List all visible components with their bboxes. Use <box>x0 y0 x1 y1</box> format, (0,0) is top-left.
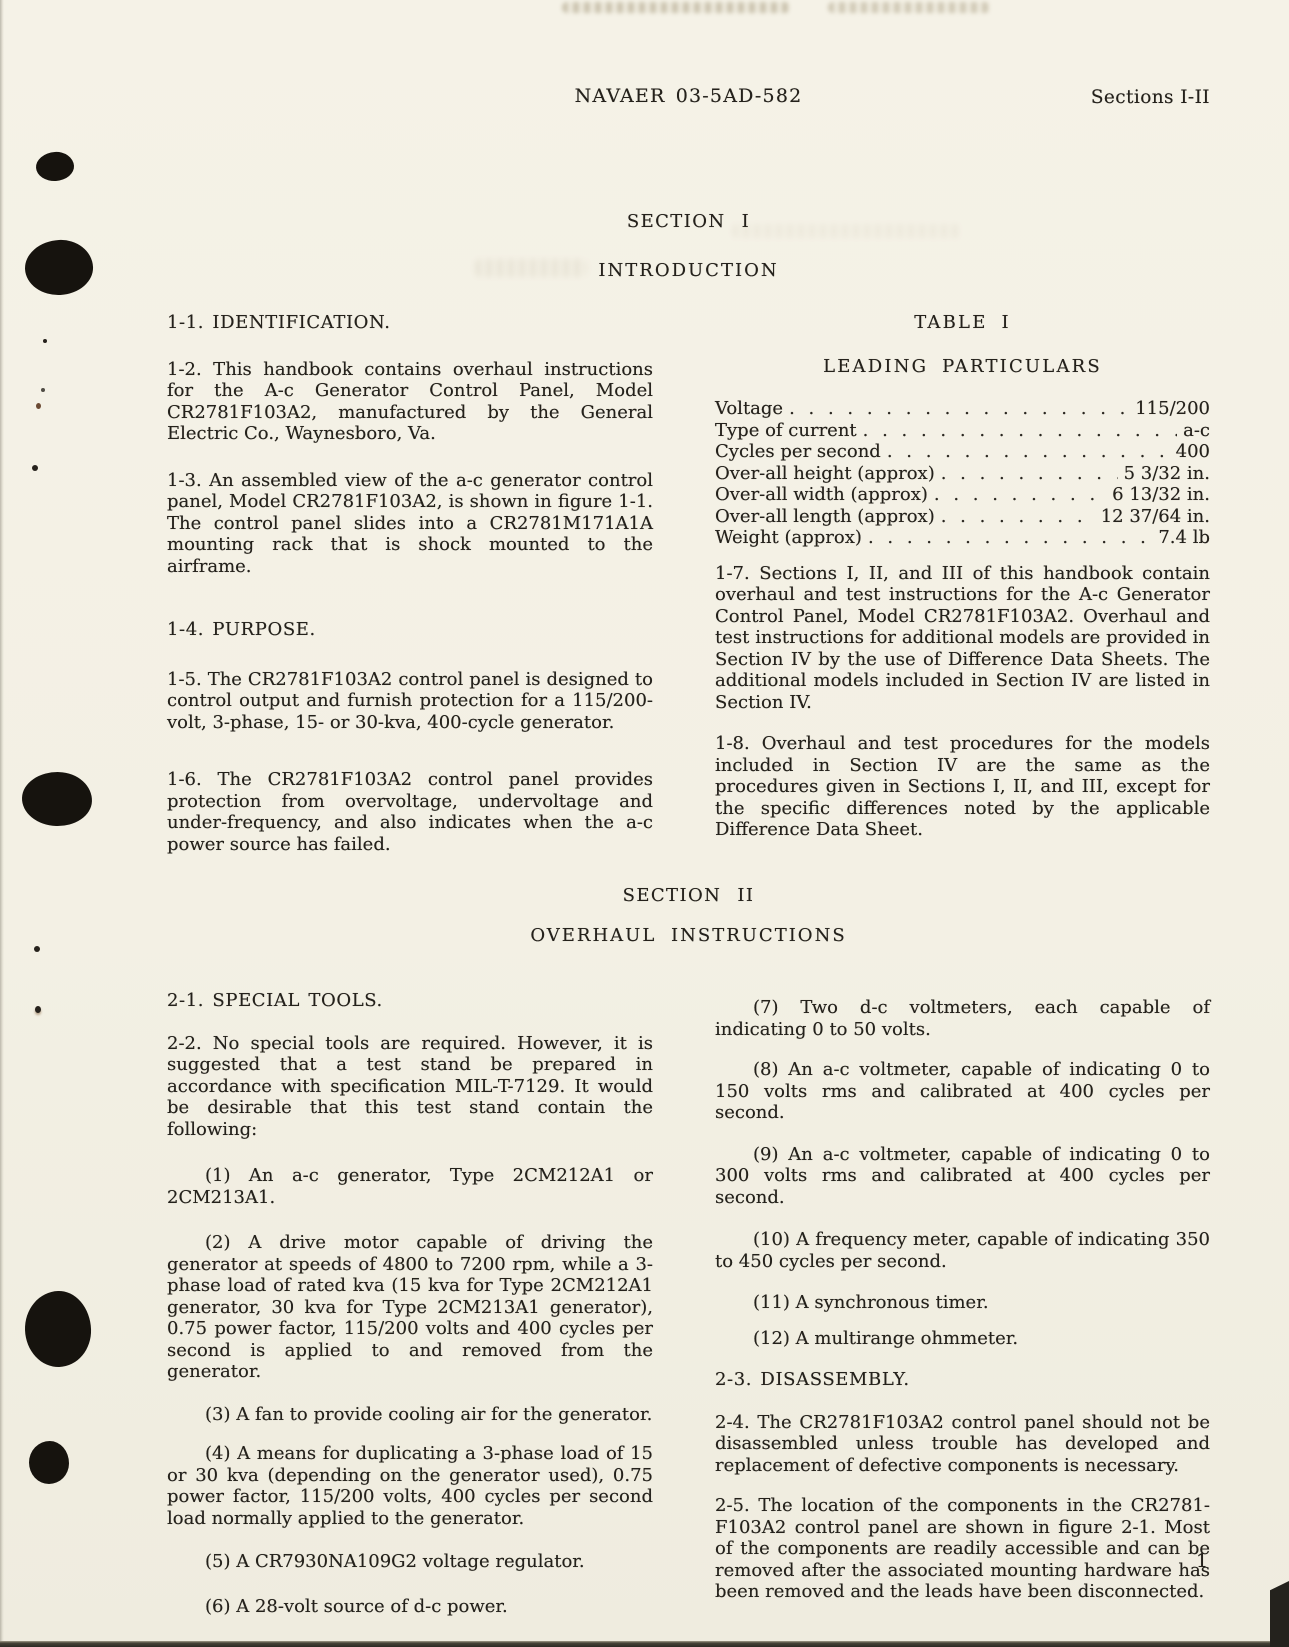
row-label: Over-all width (approx) <box>715 484 928 506</box>
list-item-2: (2) A drive motor capable of driving the… <box>167 1232 653 1383</box>
column-gap <box>653 312 715 855</box>
paragraph-2-4: 2-4. The CR2781F103A2 control panel shou… <box>715 1412 1210 1477</box>
page-header: NAVAER 03-5AD-582 Sections I-II <box>167 86 1210 108</box>
paragraph-heading-1-1: 1-1. IDENTIFICATION. <box>167 312 653 334</box>
ink-speck <box>34 946 40 952</box>
list-item-10: (10) A frequency meter, capable of indic… <box>715 1229 1210 1272</box>
scan-edge-bottom <box>0 1641 1289 1647</box>
table-row-voltage: Voltage 115/200 <box>715 398 1210 420</box>
leader-dots <box>934 484 1106 506</box>
list-item-9: (9) An a-c voltmeter, capable of indicat… <box>715 1144 1210 1209</box>
row-value: 12 37/64 in. <box>1101 506 1210 528</box>
list-item-1: (1) An a-c generator, Type 2CM212A1 or 2… <box>167 1165 653 1208</box>
list-item-7: (7) Two d-c voltmeters, each capable of … <box>715 997 1210 1040</box>
leader-dots <box>941 463 1118 485</box>
paragraph-2-2: 2-2. No special tools are required. Howe… <box>167 1033 653 1141</box>
row-value: 400 <box>1176 441 1210 463</box>
list-item-5: (5) A CR7930NA109G2 voltage regulator. <box>167 1551 653 1573</box>
column-gap <box>653 990 715 1617</box>
row-label: Over-all height (approx) <box>715 463 935 485</box>
row-label: Over-all length (approx) <box>715 506 935 528</box>
row-value: 5 3/32 in. <box>1124 463 1210 485</box>
paragraph-1-7: 1-7. Sections I, II, and III of this han… <box>715 563 1210 714</box>
list-item-4: (4) A means for duplicating a 3-phase lo… <box>167 1443 653 1529</box>
section-2-left-column: 2-1. SPECIAL TOOLS. 2-2. No special tool… <box>167 990 653 1617</box>
section-1-right-column: TABLE I LEADING PARTICULARS Voltage 115/… <box>715 312 1210 855</box>
row-label: Cycles per second <box>715 441 881 463</box>
page-content: NAVAER 03-5AD-582 Sections I-II SECTION … <box>167 0 1210 1617</box>
ink-speck <box>41 388 45 392</box>
leader-dots <box>941 506 1095 528</box>
leading-particulars-table: Voltage 115/200 Type of current a-c Cycl… <box>715 398 1210 549</box>
hole-punch-mark <box>24 238 95 296</box>
page-number: 1 <box>1196 1550 1208 1572</box>
scanned-manual-page: NAVAER 03-5AD-582 Sections I-II SECTION … <box>0 0 1289 1647</box>
row-value: 115/200 <box>1135 398 1210 420</box>
paragraph-1-6: 1-6. The CR2781F103A2 control panel prov… <box>167 769 653 855</box>
list-item-12: (12) A multirange ohmmeter. <box>715 1328 1210 1350</box>
ink-speck <box>35 1006 41 1013</box>
hole-punch-mark <box>35 151 75 183</box>
section-2-columns: 2-1. SPECIAL TOOLS. 2-2. No special tool… <box>167 990 1210 1617</box>
scan-edge-corner <box>1270 1581 1289 1647</box>
table-1-subtitle: LEADING PARTICULARS <box>715 356 1210 378</box>
row-label: Weight (approx) <box>715 527 862 549</box>
list-item-6: (6) A 28-volt source of d-c power. <box>167 1596 653 1618</box>
leader-dots <box>868 527 1152 549</box>
row-value: 6 13/32 in. <box>1112 484 1210 506</box>
ink-speck <box>36 403 41 409</box>
section-2-subtitle: OVERHAUL INSTRUCTIONS <box>167 925 1210 947</box>
paragraph-1-5: 1-5. The CR2781F103A2 control panel is d… <box>167 669 653 734</box>
row-value: 7.4 lb <box>1158 527 1210 549</box>
document-number: NAVAER 03-5AD-582 <box>167 86 1210 108</box>
scan-edge-left <box>0 0 4 1647</box>
list-item-3: (3) A fan to provide cooling air for the… <box>167 1404 653 1426</box>
table-row-current-type: Type of current a-c <box>715 420 1210 442</box>
sections-label: Sections I-II <box>1091 87 1210 109</box>
ink-speck <box>43 339 47 343</box>
leader-dots <box>887 441 1170 463</box>
hole-punch-mark <box>29 1441 69 1484</box>
table-row-width: Over-all width (approx) 6 13/32 in. <box>715 484 1210 506</box>
paragraph-1-8: 1-8. Overhaul and test procedures for th… <box>715 733 1210 841</box>
list-item-11: (11) A synchronous timer. <box>715 1292 1210 1314</box>
section-1-title: SECTION I <box>167 211 1210 233</box>
row-label: Type of current <box>715 420 857 442</box>
table-row-cycles: Cycles per second 400 <box>715 441 1210 463</box>
paragraph-1-3: 1-3. An assembled view of the a-c genera… <box>167 470 653 578</box>
section-1-subtitle: INTRODUCTION <box>167 260 1210 282</box>
list-item-8: (8) An a-c voltmeter, capable of indicat… <box>715 1059 1210 1124</box>
table-1-title: TABLE I <box>715 312 1210 334</box>
paragraph-heading-1-4: 1-4. PURPOSE. <box>167 619 653 641</box>
paragraph-2-5: 2-5. The location of the components in t… <box>715 1495 1210 1603</box>
hole-punch-mark <box>21 771 93 827</box>
ink-speck <box>32 465 38 471</box>
leader-dots <box>789 398 1129 420</box>
row-label: Voltage <box>715 398 783 420</box>
table-row-height: Over-all height (approx) 5 3/32 in. <box>715 463 1210 485</box>
section-1-left-column: 1-1. IDENTIFICATION. 1-2. This handbook … <box>167 312 653 855</box>
hole-punch-mark <box>24 1290 93 1368</box>
row-value: a-c <box>1183 420 1210 442</box>
table-row-weight: Weight (approx) 7.4 lb <box>715 527 1210 549</box>
paragraph-heading-2-1: 2-1. SPECIAL TOOLS. <box>167 990 653 1012</box>
table-row-length: Over-all length (approx) 12 37/64 in. <box>715 506 1210 528</box>
leader-dots <box>863 420 1177 442</box>
section-2-right-column: (7) Two d-c voltmeters, each capable of … <box>715 990 1210 1617</box>
section-2-title: SECTION II <box>167 885 1210 907</box>
section-1-columns: 1-1. IDENTIFICATION. 1-2. This handbook … <box>167 312 1210 855</box>
paragraph-heading-2-3: 2-3. DISASSEMBLY. <box>715 1369 1210 1391</box>
paragraph-1-2: 1-2. This handbook contains overhaul ins… <box>167 359 653 445</box>
